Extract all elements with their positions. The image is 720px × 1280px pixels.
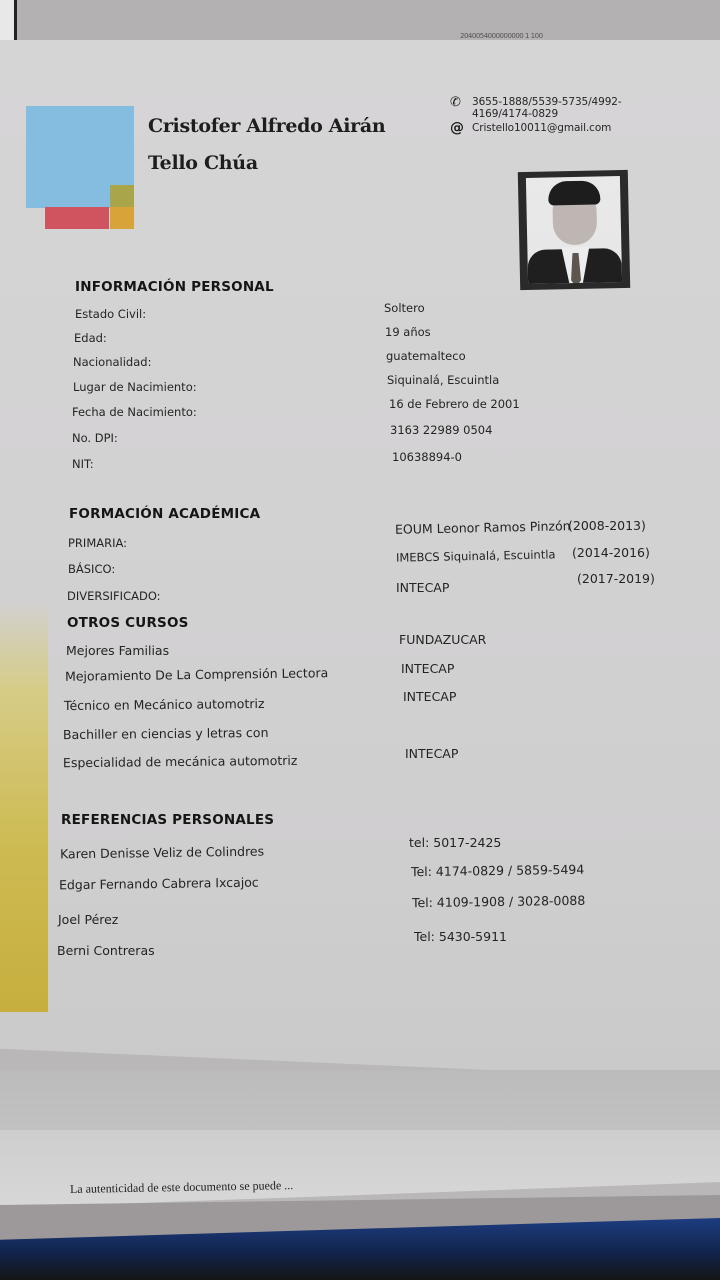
phone-numbers: 3655-1888/5539-5735/4992- 4169/4174-0829: [472, 96, 622, 120]
course-name: Especialidad de mecánica automotriz: [63, 753, 298, 770]
personal-label: Lugar de Nacimiento:: [73, 380, 197, 394]
section-title-personal: INFORMACIÓN PERSONAL: [75, 279, 274, 295]
course-institution: INTECAP: [405, 746, 458, 761]
logo-orange-block: [110, 207, 134, 229]
academic-school: INTECAP: [396, 580, 449, 595]
reference-name: Berni Contreras: [57, 943, 155, 958]
personal-label: Nacionalidad:: [73, 355, 151, 369]
course-name: Bachiller en ciencias y letras con: [63, 725, 269, 742]
personal-value: guatemalteco: [386, 349, 466, 363]
personal-label: Estado Civil:: [75, 307, 146, 321]
personal-label: No. DPI:: [72, 431, 118, 445]
personal-label: Edad:: [74, 331, 107, 345]
personal-value: Soltero: [384, 301, 425, 315]
email-address: Cristello10011@gmail.com: [472, 122, 611, 134]
academic-years: (2008-2013): [568, 518, 646, 533]
back-sheet-edge: [0, 0, 17, 40]
personal-value: 10638894-0: [392, 450, 462, 464]
reference-name: Karen Denisse Veliz de Colindres: [60, 844, 264, 862]
personal-value: 19 años: [385, 325, 431, 339]
phone-contact: ✆ 3655-1888/5539-5735/4992- 4169/4174-08…: [450, 96, 622, 120]
reference-phone: tel: 5017-2425: [409, 835, 501, 850]
academic-level: BÁSICO:: [68, 562, 115, 576]
reference-name: Edgar Fernando Cabrera Ixcajoc: [59, 875, 259, 893]
personal-value: Siquinalá, Escuintla: [387, 373, 499, 387]
decorative-side-bar: [0, 600, 48, 1012]
phone-icon: ✆: [450, 96, 472, 109]
academic-level: PRIMARIA:: [68, 536, 127, 550]
academic-years: (2014-2016): [572, 545, 650, 560]
profile-photo: [518, 170, 630, 290]
email-contact: @ Cristello10011@gmail.com: [450, 122, 611, 135]
at-sign-icon: @: [450, 122, 472, 135]
course-name: Técnico en Mecánico automotriz: [64, 696, 265, 713]
section-title-references: REFERENCIAS PERSONALES: [61, 812, 274, 828]
name-line-2: Tello Chúa: [148, 152, 258, 174]
logo-olive-block: [110, 185, 134, 207]
reference-phone: Tel: 4174-0829 / 5859-5494: [411, 862, 584, 879]
section-title-courses: OTROS CURSOS: [67, 615, 189, 631]
back-sheet-text: 2040054000000000 1 100: [460, 32, 543, 40]
course-institution: INTECAP: [403, 689, 456, 704]
course-institution: INTECAP: [401, 661, 454, 676]
academic-years: (2017-2019): [577, 571, 655, 586]
personal-value: 16 de Febrero de 2001: [389, 397, 520, 411]
logo-red-block: [45, 207, 109, 229]
reference-phone: Tel: 4109-1908 / 3028-0088: [412, 893, 585, 910]
personal-label: NIT:: [72, 457, 94, 471]
reference-phone: Tel: 5430-5911: [414, 929, 507, 944]
phone-line-2: 4169/4174-0829: [472, 108, 558, 120]
academic-level: DIVERSIFICADO:: [67, 589, 161, 603]
back-sheet: [0, 0, 720, 40]
personal-label: Fecha de Nacimiento:: [72, 405, 197, 419]
name-line-1: Cristofer Alfredo Airán: [148, 115, 385, 137]
section-title-academic: FORMACIÓN ACADÉMICA: [69, 506, 260, 522]
under-sheet: [0, 1070, 720, 1140]
course-institution: FUNDAZUCAR: [399, 632, 486, 647]
phone-line-1: 3655-1888/5539-5735/4992-: [472, 96, 622, 108]
personal-value: 3163 22989 0504: [390, 423, 492, 437]
reference-name: Joel Pérez: [58, 912, 118, 927]
course-name: Mejores Familias: [66, 643, 169, 658]
